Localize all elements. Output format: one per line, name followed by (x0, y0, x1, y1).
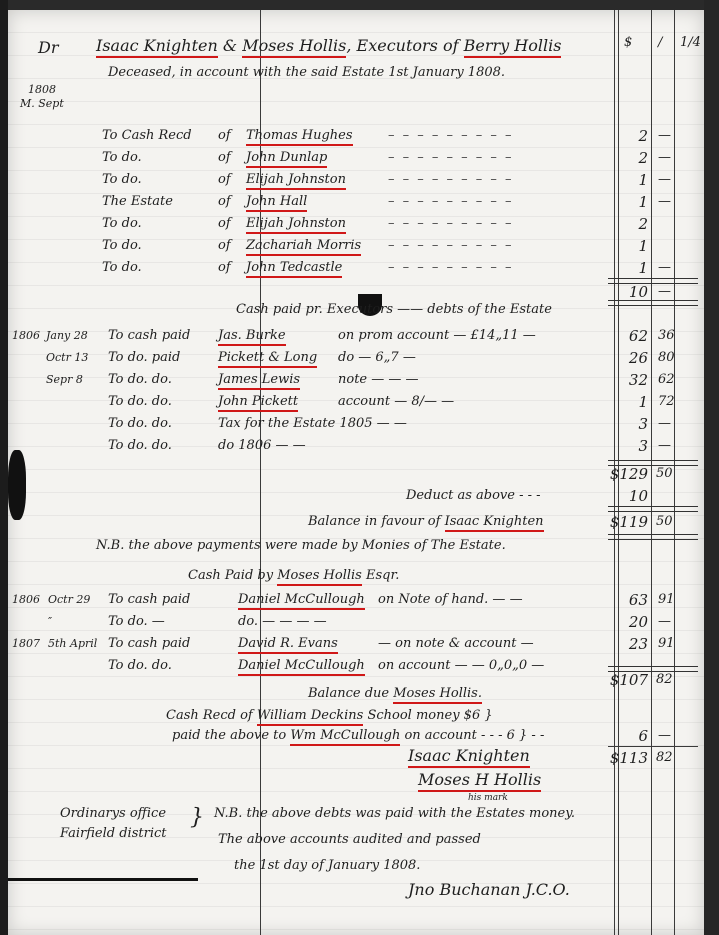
footer-nb-line: N.B. the above debts was paid with the E… (214, 806, 575, 822)
payment-cents: 62 (658, 372, 675, 388)
balance-dollars: $119 (592, 514, 648, 530)
payment-dollars: 3 (620, 416, 648, 432)
receipt-payer-name: Elijah Johnston (246, 172, 346, 190)
payment-description: Tax for the Estate 1805 — — (218, 416, 407, 432)
moses-row-date: Octr 29 (48, 592, 90, 608)
receipt-payer-name: John Hall (246, 194, 307, 212)
balance-underline (608, 534, 698, 540)
receipt-payer-name: Thomas Hughes (246, 128, 353, 146)
signature-mark-note: his mark (468, 790, 508, 806)
nb-payments-note: N.B. the above payments were made by Mon… (96, 538, 506, 554)
school-money-cents: — (658, 728, 671, 744)
payment-prefix: To do. do. (108, 394, 172, 410)
margin-rule (260, 10, 261, 935)
payment-prefix: To do. do. (108, 416, 172, 432)
ordinary-signature: Jno Buchanan J.C.O. (408, 882, 570, 898)
receipt-cents: — (658, 128, 671, 144)
moses-row-description: on account — — 0„0„0 — (378, 658, 544, 674)
school-money-dollars: 6 (620, 728, 648, 744)
receipt-cents: — (658, 172, 671, 188)
executor-2-name: Moses Hollis (242, 36, 346, 58)
receipt-payer-name: John Tedcastle (246, 260, 342, 278)
moses-row-description: — on note & account — (378, 636, 534, 652)
school-money-line-2: paid the above to Wm McCullough on accou… (172, 728, 544, 744)
payment-name: Jas. Burke (218, 328, 286, 344)
receipt-payer-name: John Dunlap (246, 150, 327, 168)
moses-row-year: 1806 (12, 592, 40, 608)
ledger-page: Dr Isaac Knighten & Moses Hollis, Execut… (8, 10, 704, 935)
payment-prefix: To do. do. (108, 438, 172, 454)
receipt-of: of (218, 194, 231, 210)
moses-row-description: do. — — — — (238, 614, 327, 630)
receipt-dollars: 2 (620, 216, 648, 232)
receipt-payer-name: Zachariah Morris (246, 238, 361, 256)
receipt-dollars: 1 (620, 238, 648, 254)
receipt-name: Elijah Johnston (246, 216, 346, 232)
receipt-name: Elijah Johnston (246, 172, 346, 188)
moses-row-prefix: To do. do. (108, 658, 172, 674)
moses-payee-name: Daniel McCullough (238, 658, 365, 676)
moses-row-cents: 91 (658, 592, 675, 608)
payment-description: do — 6„7 — (338, 350, 416, 366)
extra-column-rule (674, 10, 675, 935)
school-money-line-1: Cash Recd of William Deckins School mone… (166, 708, 493, 724)
moses-row-name: Daniel McCullough (238, 592, 365, 608)
leader-dashes: – – – – – – – – – (388, 128, 514, 144)
moses-row-date: ″ (48, 614, 52, 630)
payee-name: John Pickett (218, 394, 298, 412)
deduct-label: Deduct as above - - - (406, 488, 541, 504)
payment-prefix: To cash paid (108, 328, 190, 344)
footer-date-line: the 1st day of January 1808. (234, 858, 420, 874)
scan-edge-right (704, 0, 719, 935)
payment-cents: — (658, 438, 671, 454)
moses-row-cents: — (658, 614, 671, 630)
moses-row-cents: 91 (658, 636, 675, 652)
balance-label-line: Balance in favour of Isaac Knighten (308, 514, 544, 530)
payments-heading: Cash paid pr. Executors —— debts of the … (236, 302, 552, 318)
receipt-of: of (218, 128, 231, 144)
moses-row-date: 5th April (48, 636, 97, 652)
leader-dashes: – – – – – – – – – (388, 194, 514, 210)
grand-total-cents: 82 (656, 750, 673, 766)
receipt-dollars: 1 (620, 172, 648, 188)
grand-total-rule (608, 746, 698, 747)
payment-prefix: To do. paid (108, 350, 180, 366)
title-line-2: Deceased, in account with the said Estat… (108, 65, 505, 81)
receipt-prefix: To do. (102, 238, 142, 254)
moses-row-prefix: To do. — (108, 614, 165, 630)
receipt-of: of (218, 216, 231, 232)
leader-dashes: – – – – – – – – – (388, 238, 514, 254)
moses-heading: Cash Paid by Moses Hollis Esqr. (188, 568, 399, 584)
payment-date: Jany 28 (46, 328, 88, 344)
receipt-of: of (218, 172, 231, 188)
moses-row-name: Daniel McCullough (238, 658, 365, 674)
moses-row-dollars: 20 (620, 614, 648, 630)
moses-payee-name: Daniel McCullough (238, 592, 365, 610)
receipt-cents: — (658, 260, 671, 276)
payment-year: 1806 (12, 328, 40, 344)
receipt-prefix: To do. (102, 172, 142, 188)
payment-dollars: 62 (620, 328, 648, 344)
receipt-cents: — (658, 150, 671, 166)
payment-cents: — (658, 416, 671, 432)
moses-row-prefix: To cash paid (108, 592, 190, 608)
title-line-1: Isaac Knighten & Moses Hollis, Executors… (96, 38, 561, 54)
moses-row-dollars: 63 (620, 592, 648, 608)
payment-date: Octr 13 (46, 350, 88, 366)
payee-name: Pickett & Long (218, 350, 317, 368)
moses-heading-name: Moses Hollis (277, 568, 362, 586)
moses-total-dollars: $107 (592, 672, 648, 688)
receipt-payer-name: Elijah Johnston (246, 216, 346, 234)
payment-cents: 72 (658, 394, 675, 410)
dr-label: Dr (38, 40, 58, 56)
receipt-prefix: The Estate (102, 194, 173, 210)
moses-total-cents: 82 (656, 672, 673, 688)
grand-total-dollars: $113 (592, 750, 648, 766)
payments-subtotal-cents: 50 (656, 466, 673, 482)
receipt-name: Zachariah Morris (246, 238, 361, 254)
payment-description: note — — — (338, 372, 419, 388)
office-brace: } (190, 810, 204, 826)
payment-cents: 36 (658, 328, 675, 344)
payment-dollars: 26 (620, 350, 648, 366)
receipt-prefix: To do. (102, 260, 142, 276)
footer-audit-line: The above accounts audited and passed (218, 832, 481, 848)
school-money-payer: William Deckins (257, 708, 363, 726)
payments-subtotal-dollars: $129 (592, 466, 648, 482)
damage-strip (8, 878, 198, 881)
payment-name: James Lewis (218, 372, 300, 388)
signature-executor-1: Isaac Knighten (408, 748, 530, 764)
receipt-prefix: To do. (102, 216, 142, 232)
signature-executor-2: Moses H Hollis (418, 772, 541, 788)
office-line-2: Fairfield district (60, 826, 167, 842)
payment-description: on prom account — £14„11 — (338, 328, 536, 344)
moses-payee-name: David R. Evans (238, 636, 338, 654)
payment-description: do 1806 — — (218, 438, 306, 454)
payee-name: James Lewis (218, 372, 300, 390)
deceased-name: Berry Hollis (464, 36, 562, 58)
moses-row-name: David R. Evans (238, 636, 338, 652)
moses-row-description: on Note of hand. — — (378, 592, 523, 608)
executor-1-name: Isaac Knighten (96, 36, 218, 58)
leader-dashes: – – – – – – – – – (388, 150, 514, 166)
payee-name: Jas. Burke (218, 328, 286, 346)
moses-balance-line: Balance due Moses Hollis. (308, 686, 482, 702)
office-line-1: Ordinarys office (60, 806, 166, 822)
balance-in-favour-name: Isaac Knighten (445, 514, 544, 532)
ink-blot (8, 450, 26, 520)
receipts-total-underline (608, 300, 698, 306)
moses-row-prefix: To cash paid (108, 636, 190, 652)
receipt-cents: — (658, 194, 671, 210)
school-money-payee: Wm McCullough (290, 728, 400, 746)
leader-dashes: – – – – – – – – – (388, 216, 514, 232)
payment-dollars: 32 (620, 372, 648, 388)
receipt-of: of (218, 260, 231, 276)
receipt-dollars: 2 (620, 150, 648, 166)
moses-row-dollars: 23 (620, 636, 648, 652)
payment-description: account — 8/— — (338, 394, 454, 410)
payment-prefix: To do. do. (108, 372, 172, 388)
scan-edge-left (0, 0, 8, 935)
receipts-total-dollars: 10 (620, 284, 648, 300)
payment-cents: 80 (658, 350, 675, 366)
deduct-rule (608, 506, 698, 512)
payment-dollars: 1 (620, 394, 648, 410)
leader-dashes: – – – – – – – – – (388, 172, 514, 188)
balance-cents: 50 (656, 514, 673, 530)
receipt-prefix: To do. (102, 150, 142, 166)
receipt-of: of (218, 150, 231, 166)
col-header-cents: / (658, 35, 662, 51)
cents-column-rule (651, 10, 652, 935)
payment-name: Pickett & Long (218, 350, 317, 366)
payment-date: Sepr 8 (46, 372, 83, 388)
receipt-of: of (218, 238, 231, 254)
receipt-dollars: 1 (620, 194, 648, 210)
receipt-dollars: 2 (620, 128, 648, 144)
receipts-total-cents: — (658, 284, 671, 300)
leader-dashes: – – – – – – – – – (388, 260, 514, 276)
receipt-dollars: 1 (620, 260, 648, 276)
payment-dollars: 3 (620, 438, 648, 454)
moses-balance-name: Moses Hollis. (393, 686, 482, 704)
col-header-quarter: 1/4 (680, 35, 701, 51)
receipt-name: John Tedcastle (246, 260, 342, 276)
receipt-prefix: To Cash Recd (102, 128, 192, 144)
margin-note: M. Sept (20, 96, 64, 112)
receipt-name: John Dunlap (246, 150, 327, 166)
receipt-name: John Hall (246, 194, 307, 210)
payment-name: John Pickett (218, 394, 298, 410)
receipt-name: Thomas Hughes (246, 128, 353, 144)
deduct-dollars: 10 (620, 488, 648, 504)
col-header-dollars: $ (624, 35, 632, 51)
moses-row-year: 1807 (12, 636, 40, 652)
